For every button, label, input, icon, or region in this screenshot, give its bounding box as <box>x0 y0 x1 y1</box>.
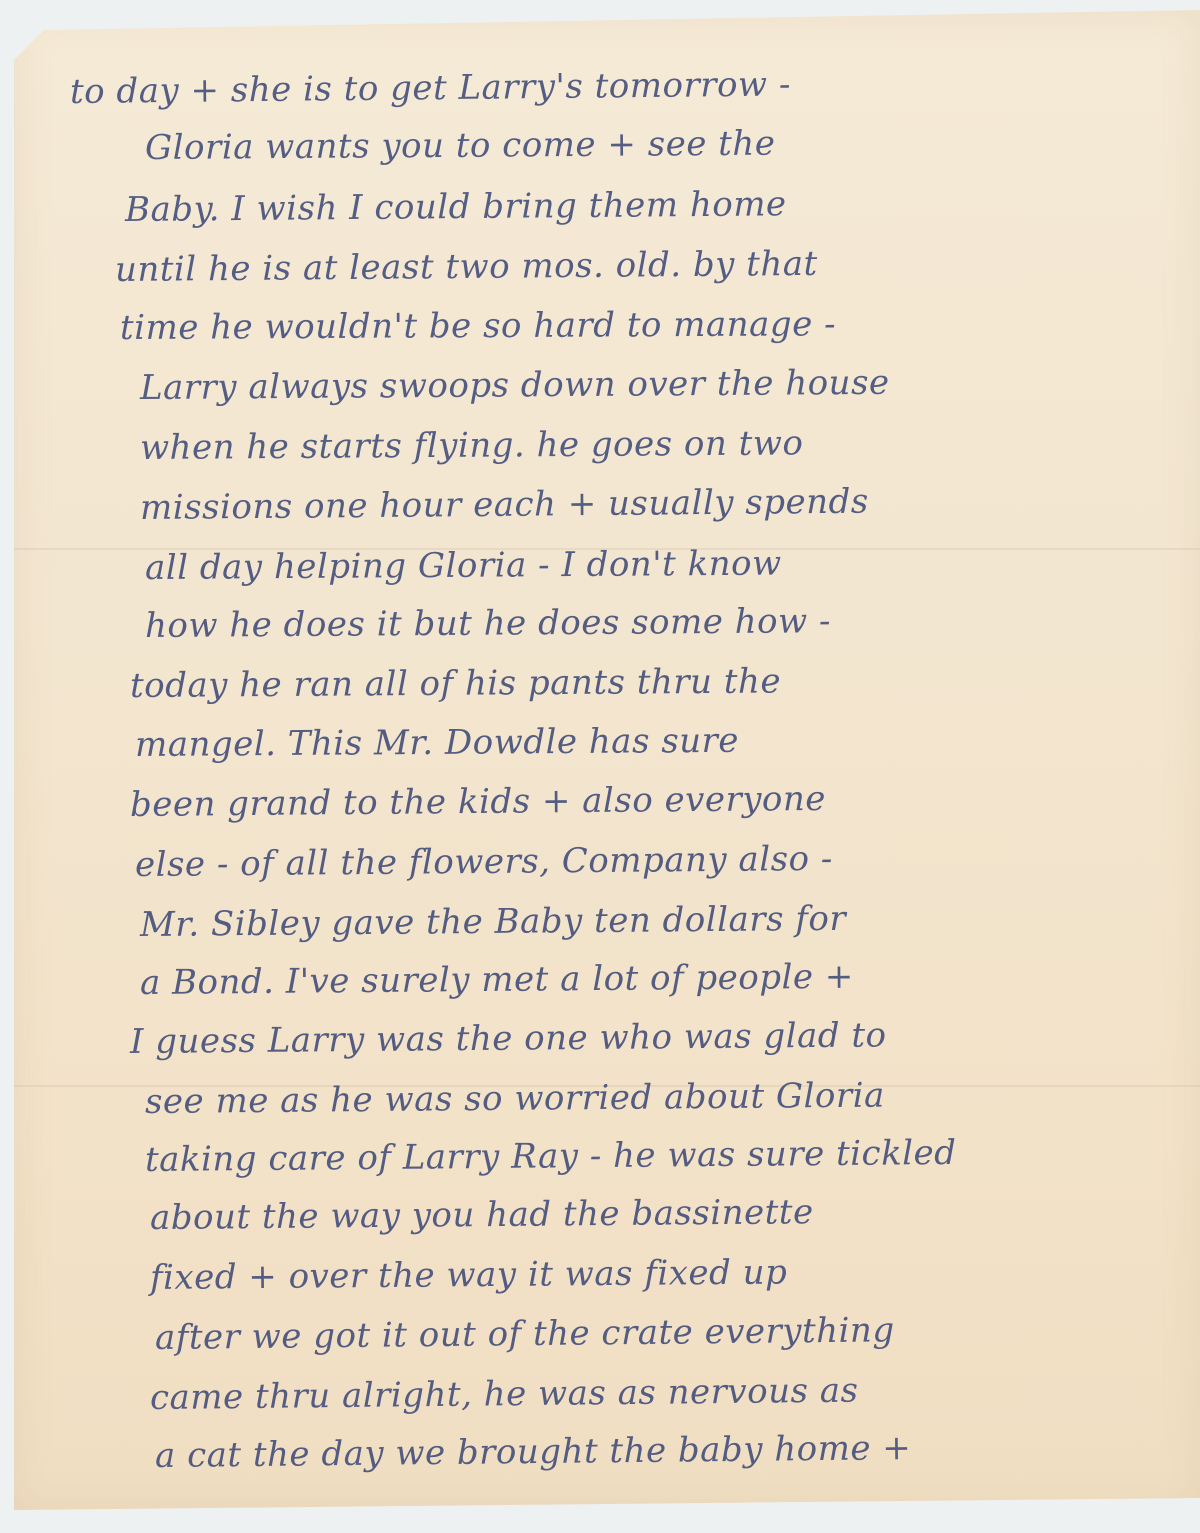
letter-line: until he is at least two mos. old. by th… <box>115 244 818 290</box>
letter-line: today he ran all of his pants thru the <box>130 661 781 706</box>
letter-line: Baby. I wish I could bring them home <box>125 184 787 230</box>
letter-line: when he starts flying. he goes on two <box>140 423 804 468</box>
letter-line: else - of all the flowers, Company also … <box>135 839 833 885</box>
letter-line: I guess Larry was the one who was glad t… <box>130 1015 887 1062</box>
letter-line: mangel. This Mr. Dowdle has sure <box>135 721 739 765</box>
letter-line: Larry always swoops down over the house <box>140 363 890 408</box>
letter-line: a cat the day we brought the baby home + <box>155 1428 912 1476</box>
letter-line: to day + she is to get Larry's tomorrow … <box>70 64 791 112</box>
letter-line: Mr. Sibley gave the Baby ten dollars for <box>140 899 846 945</box>
letter-line: a Bond. I've surely met a lot of people … <box>140 957 854 1003</box>
letter-line: taking care of Larry Ray - he was sure t… <box>145 1133 957 1180</box>
letter-line: fixed + over the way it was fixed up <box>150 1252 788 1298</box>
letter-line: time he wouldn't be so hard to manage - <box>120 304 836 348</box>
letter-line: how he does it but he does some how - <box>145 601 831 646</box>
letter-body: to day + she is to get Larry's tomorrow … <box>0 0 1200 1533</box>
letter-line: see me as he was so worried about Gloria <box>145 1076 885 1122</box>
letter-line: all day helping Gloria - I don't know <box>145 544 782 588</box>
letter-line: after we got it out of the crate everyth… <box>155 1310 895 1358</box>
letter-line: came thru alright, he was as nervous as <box>150 1371 859 1418</box>
letter-line: been grand to the kids + also everyone <box>130 779 826 825</box>
letter-line: about the way you had the bassinette <box>150 1192 814 1238</box>
letter-line: missions one hour each + usually spends <box>140 482 869 528</box>
letter-line: Gloria wants you to come + see the <box>145 124 776 168</box>
